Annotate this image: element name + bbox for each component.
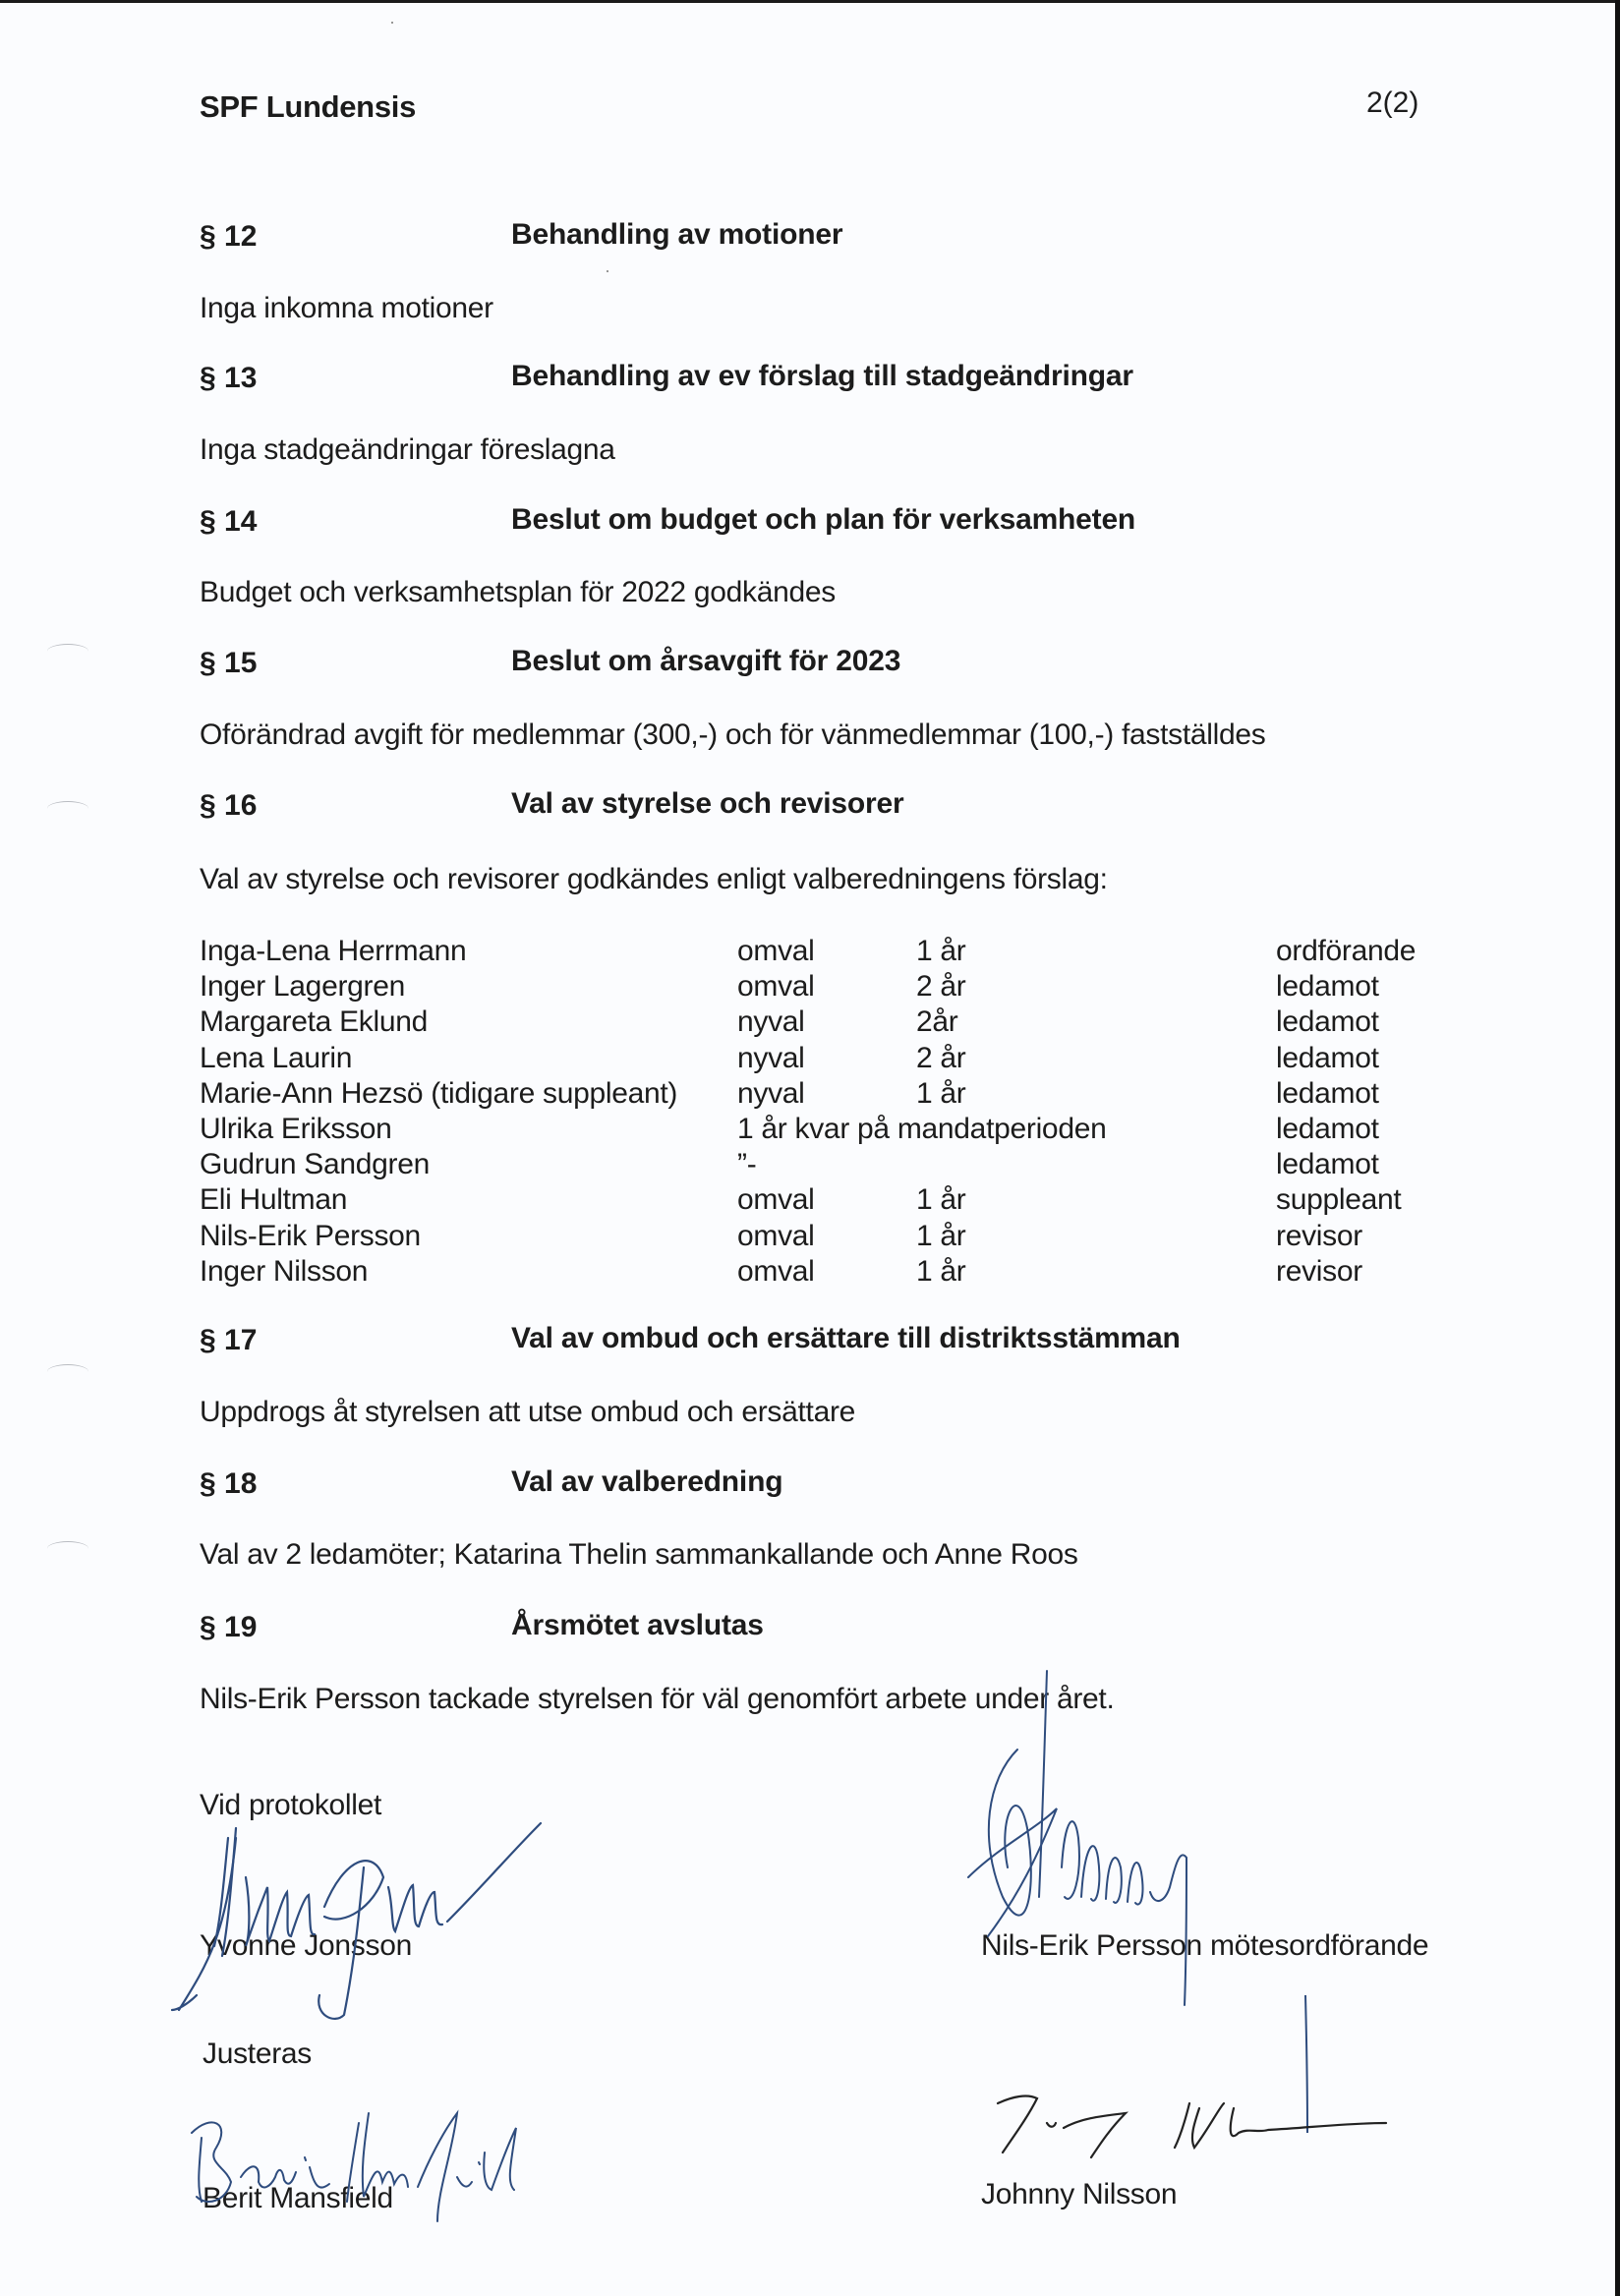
member-name: Inger Lagergren	[200, 970, 405, 1004]
term-length: 2 år	[916, 970, 966, 1004]
punch-hole-mark	[47, 644, 88, 659]
member-name: Nils-Erik Persson	[200, 1220, 421, 1253]
election-type: nyval	[737, 1005, 805, 1039]
section-body: Val av 2 ledamöter; Katarina Thelin samm…	[200, 1538, 1078, 1572]
scan-speck	[607, 270, 608, 272]
section-title: Behandling av ev förslag till stadgeändr…	[511, 360, 1133, 393]
term-length: 2år	[916, 1005, 957, 1039]
election-type: omval	[737, 1255, 815, 1289]
section-title: Årsmötet avslutas	[511, 1609, 764, 1642]
member-name: Inga-Lena Herrmann	[200, 935, 466, 968]
election-type: omval	[737, 1183, 815, 1217]
member-role: revisor	[1276, 1220, 1362, 1253]
member-role: revisor	[1276, 1255, 1362, 1289]
section-title: Val av ombud och ersättare till distrikt…	[511, 1322, 1181, 1355]
election-type: nyval	[737, 1042, 805, 1075]
section-number: § 15	[200, 647, 257, 680]
section-title: Beslut om budget och plan för verksamhet…	[511, 503, 1135, 537]
section-body: Val av styrelse och revisorer godkändes …	[200, 863, 1108, 896]
member-role: ordförande	[1276, 935, 1416, 968]
section-number: § 16	[200, 789, 257, 823]
section-title: Beslut om årsavgift för 2023	[511, 645, 900, 678]
section-body: Budget och verksamhetsplan för 2022 godk…	[200, 576, 836, 609]
member-name: Inger Nilsson	[200, 1255, 368, 1289]
section-title: Val av styrelse och revisorer	[511, 787, 903, 821]
section-body: Inga stadgeändringar föreslagna	[200, 433, 615, 467]
member-name: Lena Laurin	[200, 1042, 352, 1075]
signature-berit-mansfield	[172, 2094, 644, 2221]
election-type: omval	[737, 935, 815, 968]
section-number: § 12	[200, 220, 257, 254]
punch-hole-mark	[47, 801, 88, 816]
scan-speck	[391, 22, 393, 24]
term-length: 1 år	[916, 1183, 966, 1217]
section-number: § 18	[200, 1467, 257, 1501]
punch-hole-mark	[47, 1364, 88, 1379]
election-type: 1 år kvar på mandatperioden	[737, 1113, 1106, 1146]
page-indicator: 2(2)	[1366, 86, 1418, 120]
section-title: Val av valberedning	[511, 1465, 782, 1499]
member-role: ledamot	[1276, 1042, 1379, 1075]
term-length: 1 år	[916, 1255, 966, 1289]
member-name: Margareta Eklund	[200, 1005, 428, 1039]
section-number: § 19	[200, 1611, 257, 1644]
adjuster-2-name: Johnny Nilsson	[981, 2178, 1177, 2211]
election-type: omval	[737, 1220, 815, 1253]
term-length: 1 år	[916, 1220, 966, 1253]
section-title: Behandling av motioner	[511, 218, 842, 252]
section-body: Oförändrad avgift för medlemmar (300,-) …	[200, 718, 1265, 752]
scan-top-edge	[0, 0, 1620, 3]
section-number: § 14	[200, 505, 257, 539]
member-role: ledamot	[1276, 970, 1379, 1004]
member-role: suppleant	[1276, 1183, 1401, 1217]
scan-right-edge	[1615, 0, 1620, 2296]
signature-yvonne-jonsson	[167, 1818, 659, 2015]
term-length: 2 år	[916, 1042, 966, 1075]
organization-name: SPF Lundensis	[200, 89, 416, 125]
section-body: Inga inkomna motioner	[200, 292, 493, 325]
section-body: Uppdrogs åt styrelsen att utse ombud och…	[200, 1396, 855, 1429]
member-name: Ulrika Eriksson	[200, 1113, 392, 1146]
election-type: omval	[737, 970, 815, 1004]
member-role: ledamot	[1276, 1077, 1379, 1111]
member-name: Eli Hultman	[200, 1183, 347, 1217]
punch-hole-mark	[47, 1541, 88, 1556]
section-number: § 13	[200, 362, 257, 395]
term-length: 1 år	[916, 1077, 966, 1111]
election-type: ”-	[737, 1148, 756, 1181]
minutes-label: Vid protokollet	[200, 1789, 381, 1822]
election-type: nyval	[737, 1077, 805, 1111]
member-role: ledamot	[1276, 1113, 1379, 1146]
member-name: Gudrun Sandgren	[200, 1148, 430, 1181]
member-role: ledamot	[1276, 1005, 1379, 1039]
member-role: ledamot	[1276, 1148, 1379, 1181]
term-length: 1 år	[916, 935, 966, 968]
adjusters-label: Justeras	[202, 2038, 312, 2071]
section-number: § 17	[200, 1324, 257, 1357]
member-name: Marie-Ann Hezsö (tidigare suppleant)	[200, 1077, 677, 1111]
signature-nils-erik-persson	[958, 1671, 1371, 2005]
signature-johnny-nilsson	[993, 2089, 1435, 2167]
